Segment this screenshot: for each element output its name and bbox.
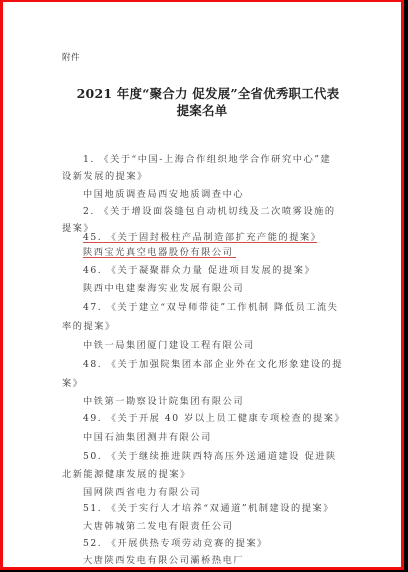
proposal-52-org: 大唐陕西发电有限公司灞桥热电厂 (83, 552, 244, 566)
proposal-47-title: 47. 《关于建立“双导师带徒”工作机制 降低员工流失 (83, 299, 338, 313)
attachment-label: 附件 (62, 51, 80, 63)
proposal-49-title: 49. 《关于开展 40 岁以上员工健康专项检查的提案》 (83, 410, 345, 424)
document-title: 2021 年度“聚合力 促发展”全省优秀职工代表 (18, 84, 398, 102)
proposal-50-title: 50. 《关于继续推进陕西特高压外送通道建设 促进陕 (83, 448, 337, 462)
proposal-51-org: 大唐韩城第二发电有限责任公司 (83, 518, 233, 532)
proposal-47-org: 中铁一局集团厦门建设工程有限公司 (83, 337, 255, 351)
proposal-48-title: 48. 《关于加强院集团本部企业外在文化形象建设的提 (83, 356, 343, 370)
document-title-line2: 提案名单 (0, 101, 404, 119)
proposal-46-title: 46. 《关于凝聚群众力量 促进项目发展的提案》 (83, 262, 315, 276)
proposal-45-org: 陕西宝光真空电器股份有限公司 (83, 244, 233, 258)
proposal-1-org: 中国地质调查局西安地质调查中心 (83, 186, 244, 200)
highlight-underline (83, 242, 317, 243)
proposal-49-org: 中国石油集团测井有限公司 (83, 429, 212, 443)
proposal-1-title-cont: 设新发展的提案》 (62, 168, 148, 182)
proposal-48-title-cont: 案》 (62, 375, 83, 389)
proposal-45-title: 45. 《关于固封极柱产品制造部扩充产能的提案》 (83, 229, 321, 243)
proposal-1-title: 1. 《关于“中国-上海合作组织地学合作研究中心”建 (83, 151, 331, 165)
proposal-47-title-cont: 率的提案》 (62, 318, 116, 332)
proposal-51-title: 51. 《关于实行人才培养“双通道”机制建设的提案》 (83, 500, 334, 514)
proposal-52-title: 52. 《开展供热专项劳动竞赛的提案》 (83, 535, 268, 549)
proposal-50-org: 国网陕西省电力有限公司 (83, 484, 201, 498)
proposal-2-title: 2. 《关于增设面袋缝包自动机切线及二次喷雾设施的 (83, 203, 336, 217)
proposal-48-org: 中铁第一勘察设计院集团有限公司 (83, 393, 244, 407)
highlight-underline (83, 257, 236, 258)
proposal-50-title-cont: 北新能源健康发展的提案》 (62, 466, 191, 480)
proposal-46-org: 陕西中电建秦海实业发展有限公司 (83, 280, 244, 294)
